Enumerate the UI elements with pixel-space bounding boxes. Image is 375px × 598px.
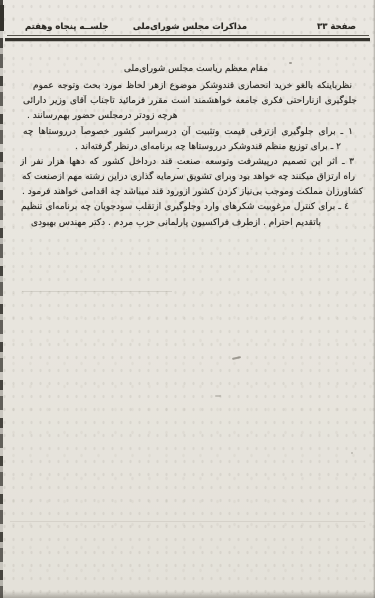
scan-artifact xyxy=(215,395,221,397)
scan-crease xyxy=(10,521,365,522)
header-rule-thick xyxy=(5,38,370,41)
header-rule-thin xyxy=(7,35,369,36)
session-label: جلســه پنجاه وهفتم xyxy=(25,21,109,33)
letter-question-item: ٤ ـ برای کنترل مرغوبیت شکرهای وارد وجلوگ… xyxy=(21,201,349,214)
scan-crease xyxy=(22,291,172,292)
letter-question-item: ۲ ـ برای توزیع منظم قندوشکر درروستاها چه… xyxy=(75,141,341,153)
letter-salutation: مقام معظم ریاست مجلس شورای‌ملی xyxy=(124,63,268,75)
letter-paragraph-line: نظرباینکه بالغو خرید انحصاری قندوشکر موض… xyxy=(33,80,352,93)
binding-edge-mark xyxy=(0,5,4,31)
journal-title: مذاکرات مجلس شورای‌ملی xyxy=(133,21,247,33)
letter-question-item: راه ارتزاق میکنند چه خواهد بود وبرای تشو… xyxy=(22,171,355,184)
scanned-document-page: صفحة ۳۳ مذاکرات مجلس شورای‌ملی جلســه پن… xyxy=(0,0,375,598)
page-number-label: صفحة ۳۳ xyxy=(317,21,356,33)
letter-paragraph-line: هرچه زودتر درمجلس حضور بهم‌رسانند . xyxy=(27,110,177,122)
scan-artifact xyxy=(289,62,292,64)
scan-artifact xyxy=(351,452,353,454)
letter-question-item: ۱ ـ برای جلوگیری ازترقی قیمت وتثبیت آن د… xyxy=(23,126,353,139)
letter-signature: باتقدیم احترام . ازطرف فراکسیون پارلمانی… xyxy=(31,217,321,229)
letter-question-item: ۳ ـ اثر این تصمیم درپیشرفت وتوسعه صنعت ق… xyxy=(20,156,354,169)
letter-paragraph-line: جلوگیری ازناراحتی فکری جامعه خواهشمند اس… xyxy=(23,95,357,108)
scan-edge-bottom xyxy=(0,591,375,598)
scan-artifact xyxy=(232,356,241,359)
binding-edge xyxy=(0,0,3,598)
letter-question-item: کشاورزان مملکت وموجب بی‌نیاز کردن کشور ا… xyxy=(22,186,363,198)
